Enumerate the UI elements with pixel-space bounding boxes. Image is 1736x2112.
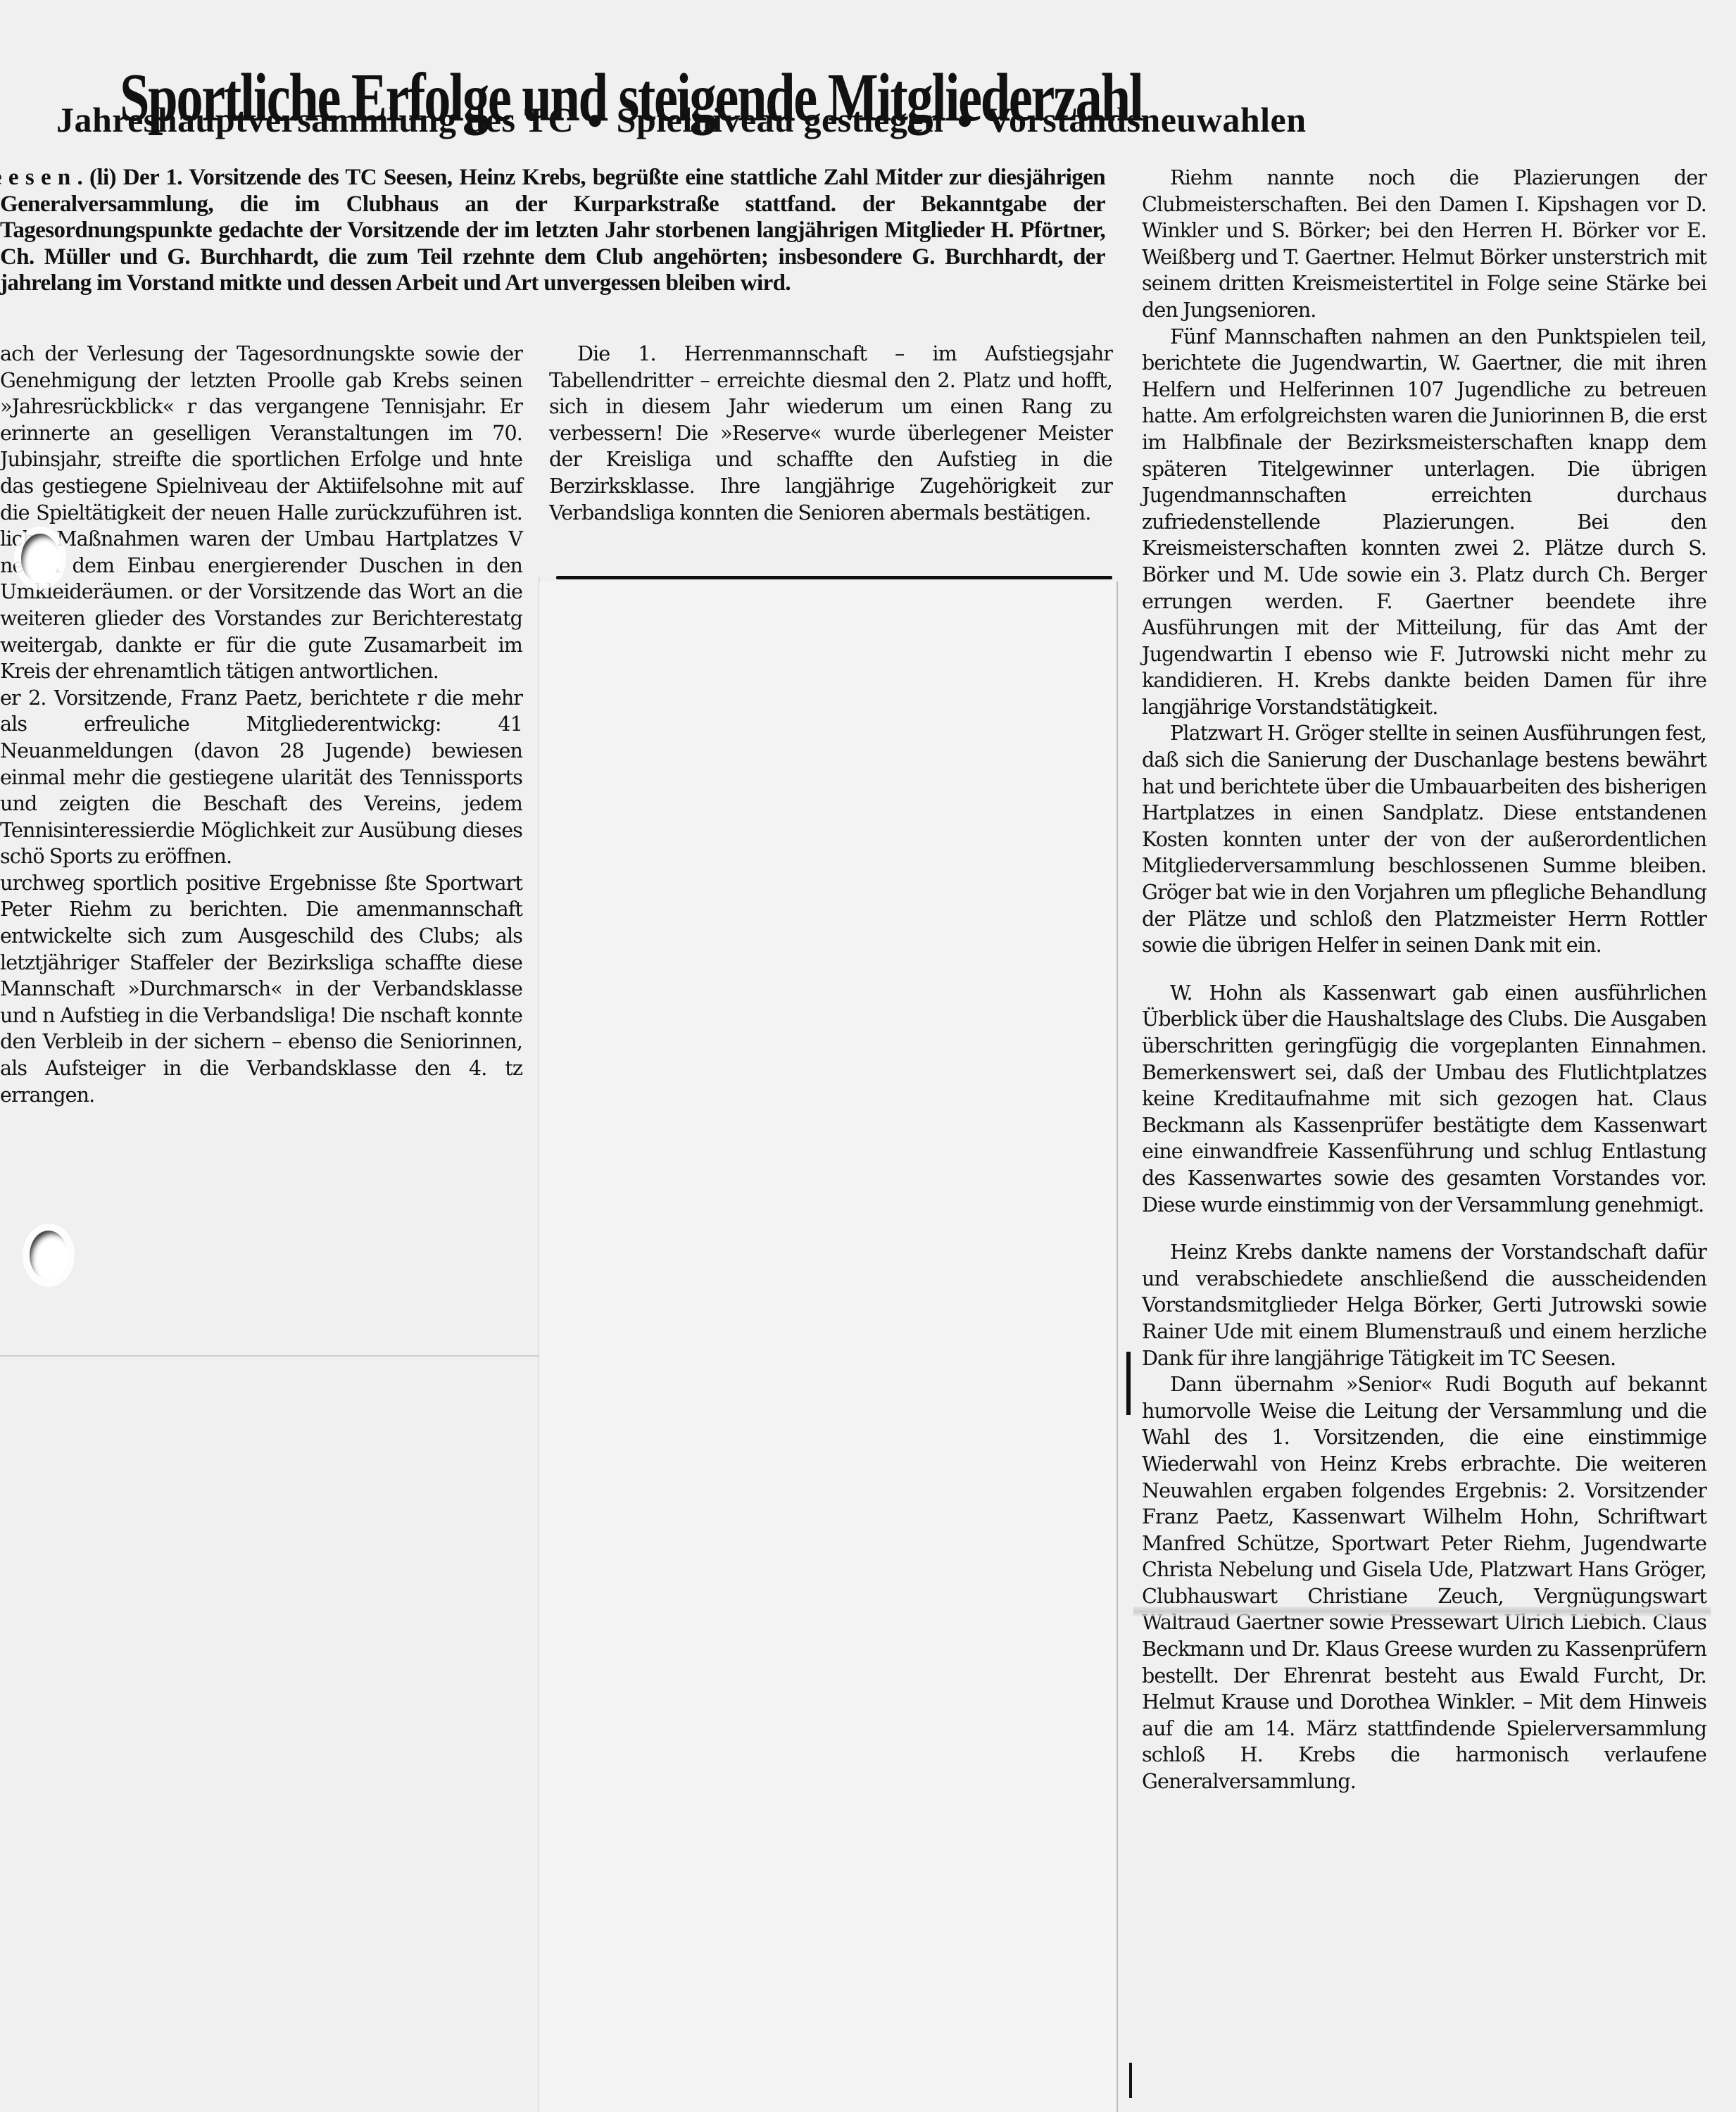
left-column: ach der Verlesung der Tagesordnungskte s…	[0, 341, 522, 1108]
subhead-part-2: Spielniveau gestiegen	[617, 100, 944, 139]
punch-hole-icon	[30, 1231, 68, 1280]
paragraph: Riehm nannte noch die Plazierungen der C…	[1142, 165, 1706, 324]
right-column: Riehm nannte noch die Plazierungen der C…	[1142, 165, 1706, 1795]
middle-column: Die 1. Herrenmannschaft – im Aufstiegsja…	[549, 341, 1112, 526]
paragraph: Heinz Krebs dankte namens der Vorstandsc…	[1142, 1239, 1706, 1371]
column-divider-rule	[556, 576, 1112, 579]
paragraph: Dann übernahm »Senior« Rudi Boguth auf b…	[1142, 1371, 1706, 1795]
lead-text: e e s e n . (li) Der 1. Vorsitzende des …	[0, 165, 1105, 297]
subhead-part-1: Jahreshauptversammlung des TC	[56, 100, 574, 139]
clipping-edge-mark	[1126, 1352, 1131, 1415]
paragraph: Platzwart H. Gröger stellte in seinen Au…	[1142, 720, 1706, 958]
subhead-part-3: Vorstandsneuwahlen	[986, 100, 1307, 139]
paragraph: Die 1. Herrenmannschaft – im Aufstiegsja…	[549, 341, 1112, 526]
paragraph: Fünf Mannschaften nahmen an den Punktspi…	[1142, 324, 1706, 721]
bullet-icon: ●	[586, 103, 604, 135]
paper-fold-crease	[1133, 1607, 1711, 1616]
punch-hole-icon	[21, 534, 59, 583]
paragraph: urchweg sportlich positive Ergebnisse ßt…	[0, 870, 522, 1108]
subheadline: Jahreshauptversammlung des TC●Spielnivea…	[56, 99, 1307, 144]
blank-paper-overlay	[539, 582, 1118, 2112]
clipping-edge-mark	[1129, 2063, 1132, 2098]
paragraph: er 2. Vorsitzende, Franz Paetz, berichte…	[0, 685, 522, 870]
lead-paragraph: e e s e n . (li) Der 1. Vorsitzende des …	[0, 165, 1105, 297]
bullet-icon: ●	[956, 103, 974, 135]
paragraph: ach der Verlesung der Tagesordnungskte s…	[0, 341, 522, 685]
paragraph: W. Hohn als Kassenwart gab einen ausführ…	[1142, 980, 1706, 1218]
